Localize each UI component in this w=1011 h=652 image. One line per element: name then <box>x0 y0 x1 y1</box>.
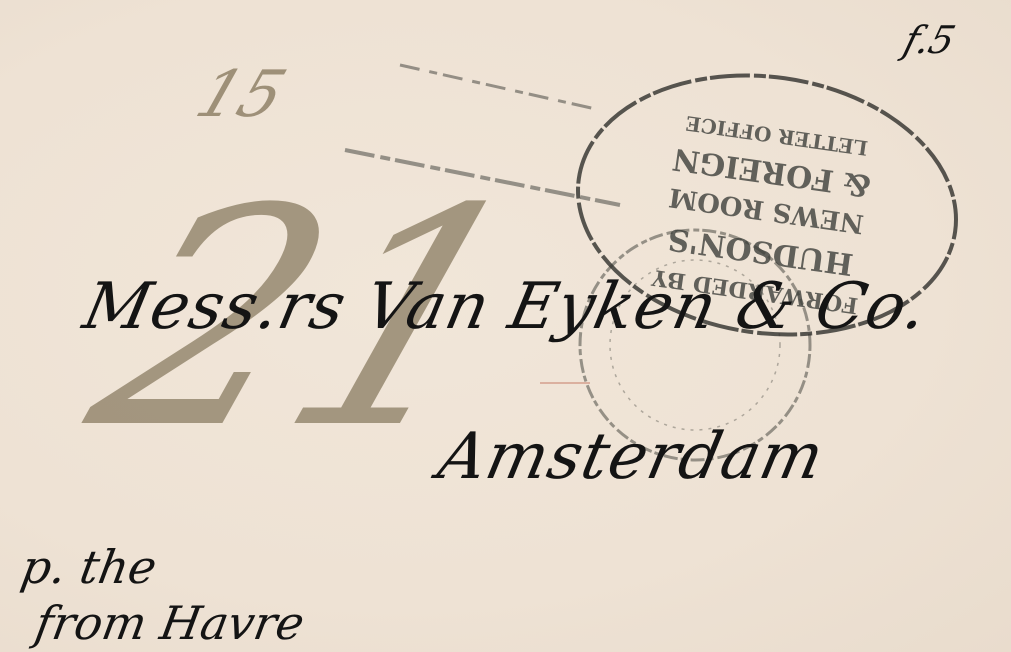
routing-note-line-1: p. the <box>17 540 161 594</box>
routing-note-line-2: from Havre <box>31 596 308 650</box>
destination-city: Amsterdam <box>432 420 830 494</box>
addressee: Mess.rs Van Eyken & Co. <box>77 270 934 344</box>
letter-cover: FORWARDED BY HUDSON'S NEWS ROOM & FOREIG… <box>0 0 1011 652</box>
